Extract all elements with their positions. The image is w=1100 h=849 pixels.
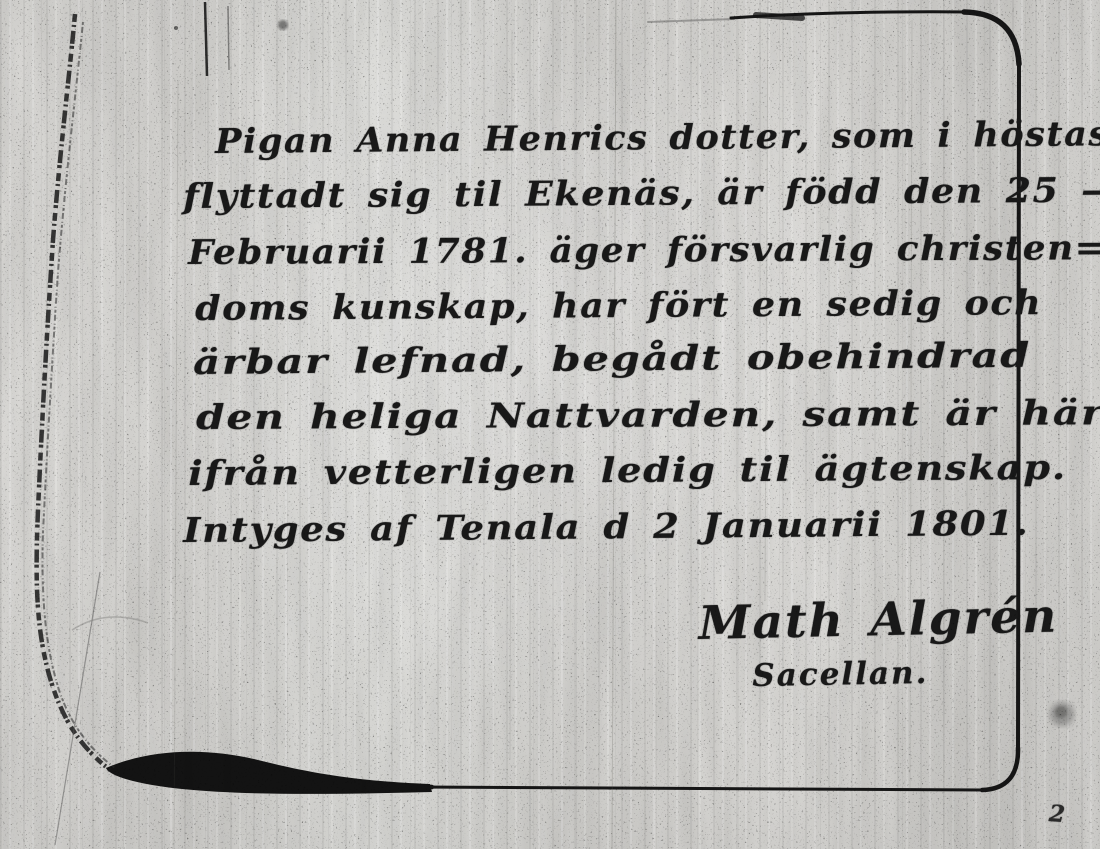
handwritten-line-8: Intyges af Tenala d 2 Januarii 1801. — [183, 504, 1029, 551]
handwritten-line-5: ärbar lefnad, begådt obehindrad — [193, 336, 1031, 383]
handwritten-line-4: doms kunskap, har fört en sedig och — [195, 283, 1042, 329]
handwritten-line-3: Februarii 1781. äger försvarlig christen… — [188, 228, 1100, 273]
handwritten-line-7: ifrån vetterligen ledig til ägtenskap. — [188, 448, 1067, 494]
handwritten-line-2: flyttadt sig til Ekenäs, är född den 25 … — [183, 170, 1100, 217]
handwritten-line-1: Pigan Anna Henrics dotter, som i höstas — [215, 114, 1100, 162]
handwriting-layer: Pigan Anna Henrics dotter, som i höstas … — [0, 0, 1100, 849]
page-number-mark: 2 — [1048, 800, 1066, 828]
document-scan: Pigan Anna Henrics dotter, som i höstas … — [0, 0, 1100, 849]
signature-title: Sacellan. — [752, 655, 929, 694]
signature-name: Math Algrén — [698, 588, 1059, 650]
handwritten-line-6: den heliga Nattvarden, samt är här= — [196, 393, 1100, 438]
